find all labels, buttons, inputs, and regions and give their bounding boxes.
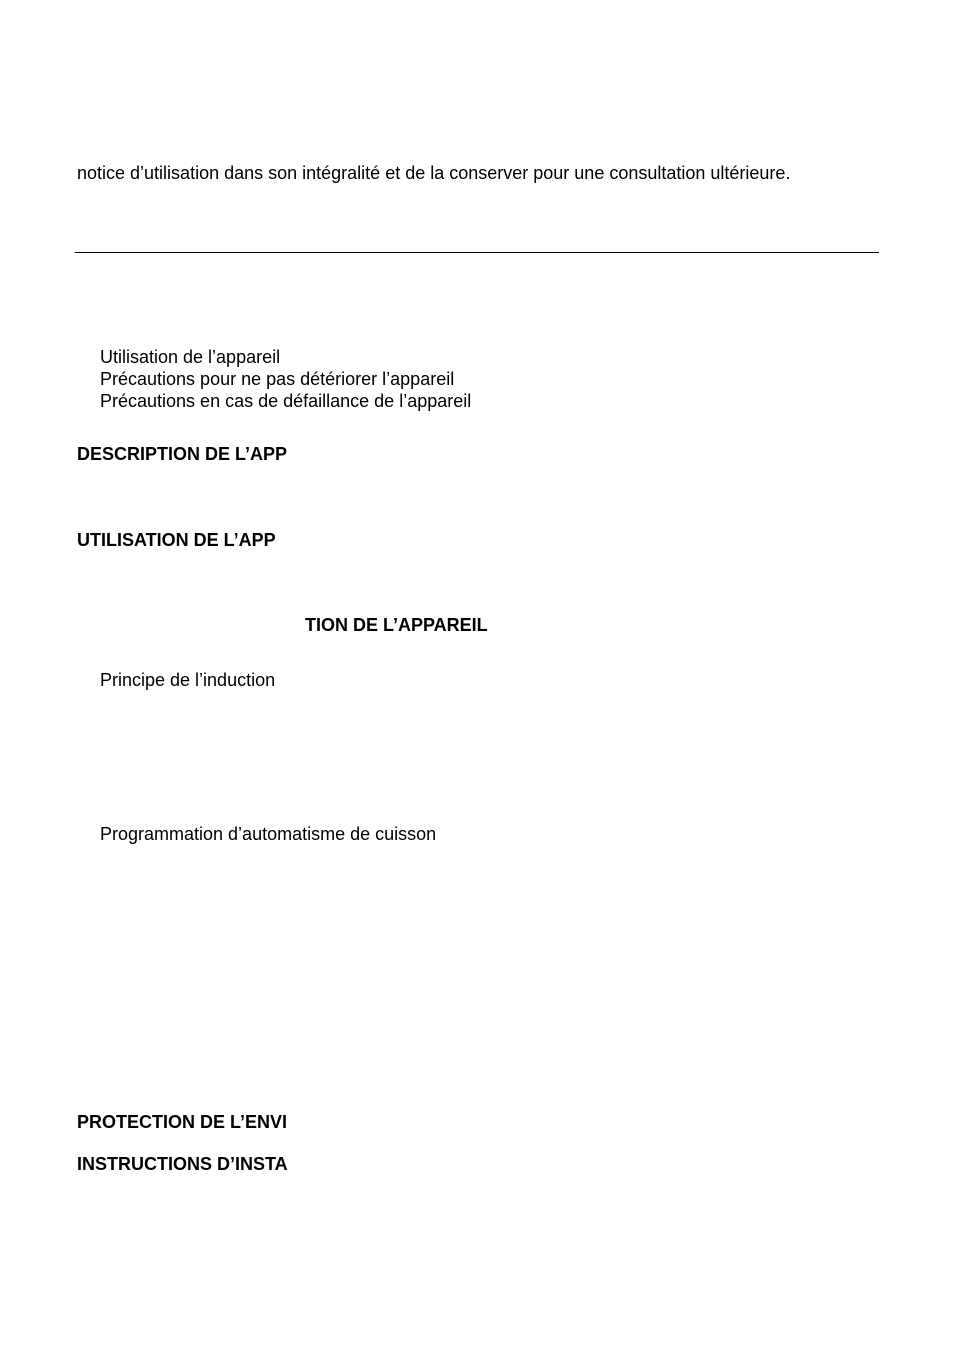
toc-item-principe-induction: Principe de l’induction — [100, 669, 275, 691]
toc-heading-tion-appareil: TION DE L’APPAREIL — [305, 614, 488, 636]
intro-paragraph: notice d’utilisation dans son intégralit… — [77, 162, 790, 184]
toc-item-utilisation-appareil: Utilisation de l’appareil — [100, 346, 280, 368]
toc-heading-protection: PROTECTION DE L’ENVI — [77, 1111, 287, 1133]
toc-item-precautions-defaillance: Précautions en cas de défaillance de l’a… — [100, 390, 471, 412]
toc-heading-description: DESCRIPTION DE L’APP — [77, 443, 287, 465]
toc-item-programmation: Programmation d’automatisme de cuisson — [100, 823, 436, 845]
toc-heading-instructions: INSTRUCTIONS D’INSTA — [77, 1153, 288, 1175]
toc-heading-utilisation: UTILISATION DE L’APP — [77, 529, 276, 551]
horizontal-divider — [75, 252, 879, 253]
toc-item-precautions-deterioration: Précautions pour ne pas détériorer l’app… — [100, 368, 454, 390]
